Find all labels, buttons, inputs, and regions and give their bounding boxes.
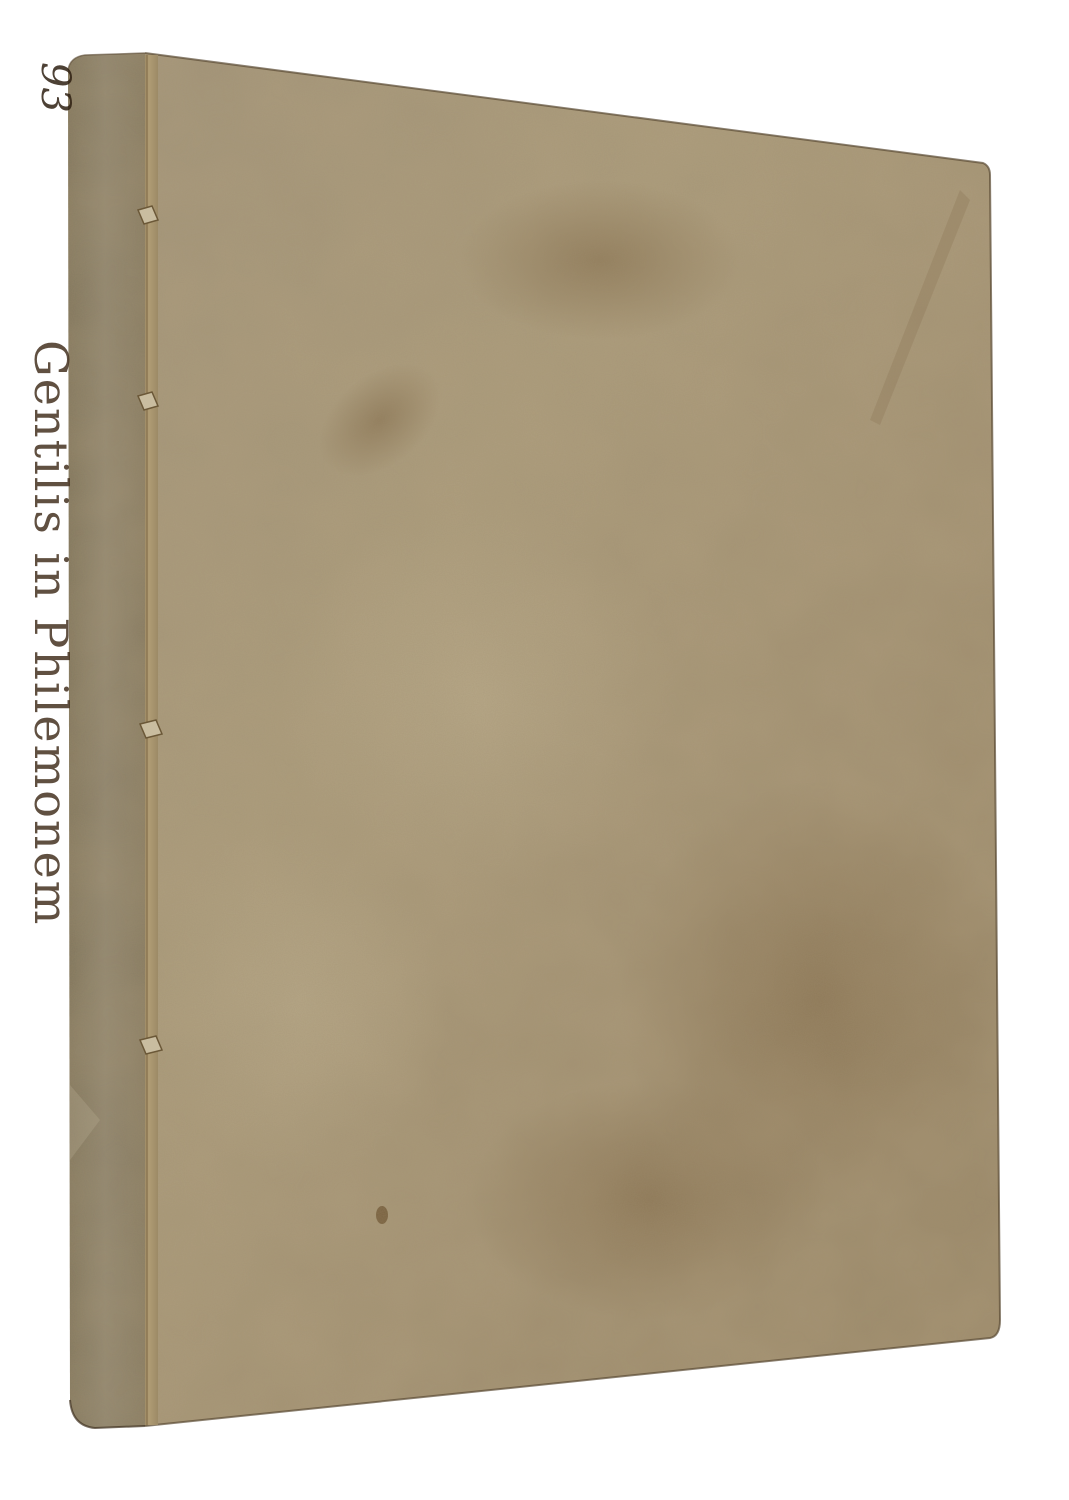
spine-title-text: Gentilis in Philemonem [24,340,78,926]
vellum-book [0,0,1069,1500]
shelf-number-text: 93 [32,62,78,113]
front-cover [140,50,1020,1440]
book-photo: 93 Gentilis in Philemonem [0,0,1069,1500]
